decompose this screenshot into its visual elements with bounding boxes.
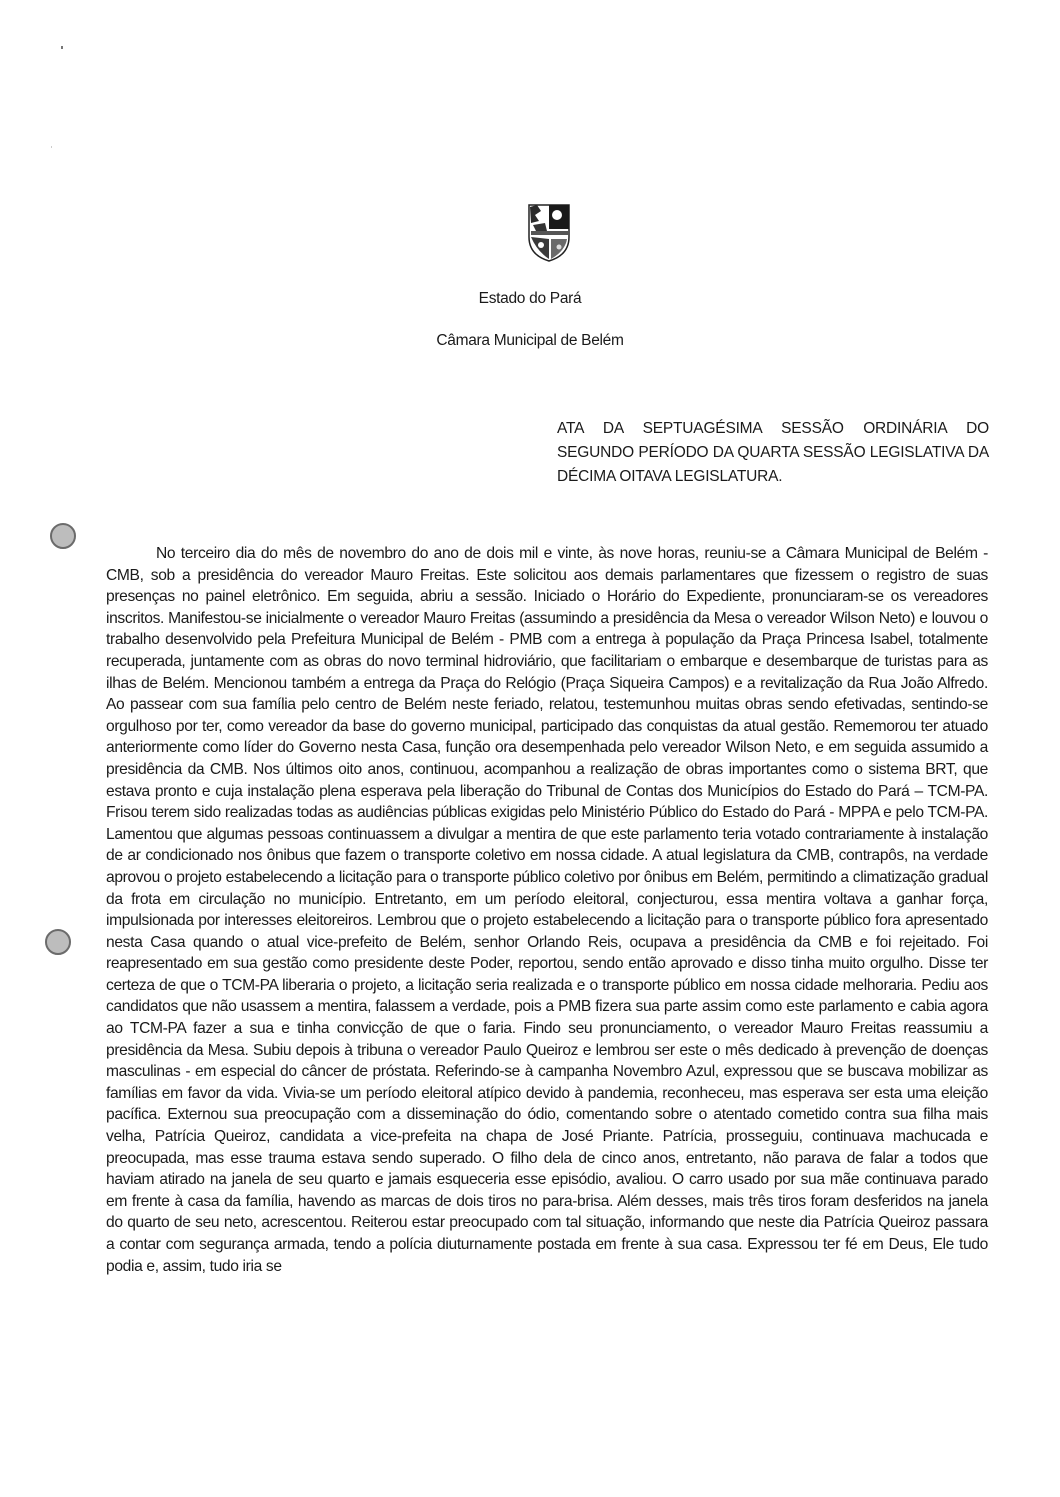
minutes-body: No terceiro dia do mês de novembro do an… <box>106 543 988 1277</box>
document-title: ATA DA SEPTUAGÉSIMA SESSÃO ORDINÁRIA DO … <box>557 417 989 489</box>
state-name: Estado do Pará <box>0 290 1060 308</box>
scan-speck <box>51 146 52 148</box>
chamber-name: Câmara Municipal de Belém <box>0 332 1060 350</box>
belem-coat-of-arms-icon <box>527 203 571 263</box>
punch-hole-bottom <box>45 929 71 955</box>
punch-hole-top <box>50 523 76 549</box>
scan-speck <box>61 46 63 49</box>
minutes-paragraph: No terceiro dia do mês de novembro do an… <box>106 545 988 1275</box>
